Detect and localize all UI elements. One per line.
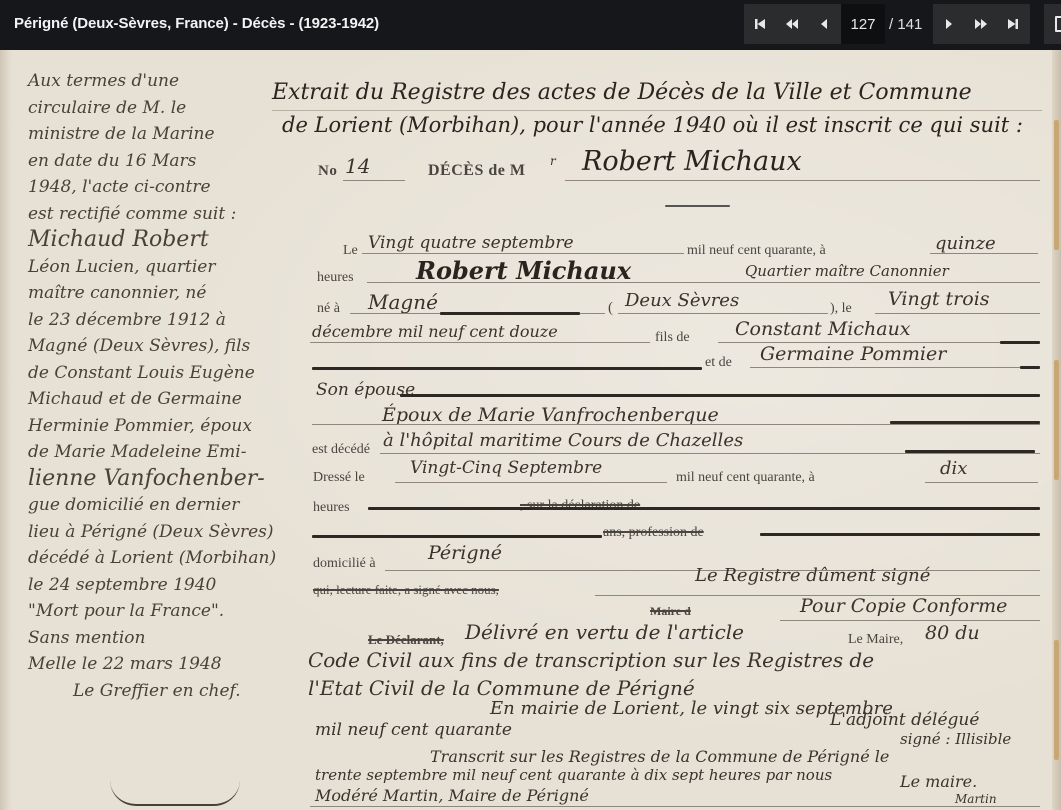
fullscreen-icon <box>1055 16 1061 32</box>
margin-line: circulaire de M. le <box>28 95 313 122</box>
rewind-button[interactable] <box>776 4 808 44</box>
father-value: Constant Michaux <box>735 318 911 340</box>
dresse-label: Dressé le <box>313 470 365 486</box>
lecture-label: qui, lecture faite, a signé avec nous, <box>313 582 499 598</box>
page-indicator: / 141 <box>841 4 933 44</box>
trente-septembre-line: trente septembre mil neuf cent quarante … <box>315 766 832 784</box>
strike-line <box>312 535 602 538</box>
document-image-viewer[interactable]: Aux termes d'une circulaire de M. le min… <box>0 50 1061 810</box>
death-date-value: Vingt quatre septembre <box>368 233 574 253</box>
adjoint-note: L'adjoint délégué <box>830 710 979 730</box>
margin-line: Léon Lucien, quartier <box>28 254 313 281</box>
rule <box>395 482 667 483</box>
death-hour-value: quinze <box>935 233 996 254</box>
strike-line <box>1000 341 1040 344</box>
strike-line <box>312 367 702 370</box>
death-place-value: à l'hôpital maritime Cours de Chazelles <box>383 430 743 451</box>
binding-tab <box>1054 640 1059 760</box>
birth-date-value-2: décembre mil neuf cent douze <box>312 322 558 341</box>
mother-value: Germaine Pommier <box>760 343 946 365</box>
paren-open: ( <box>608 300 613 317</box>
declarant-struck-label: Le Déclarant, <box>368 632 444 648</box>
last-page-button[interactable] <box>997 4 1029 44</box>
rule <box>780 620 1040 621</box>
header-rule <box>272 110 1042 111</box>
rule <box>310 806 1040 807</box>
binding-tab <box>1054 360 1059 480</box>
rule <box>367 282 1040 283</box>
mayor-signature: Martin <box>955 792 997 806</box>
year-label-1: mil neuf cent quarante, à <box>687 243 826 259</box>
copie-conforme-note: Pour Copie Conforme <box>800 595 1007 617</box>
page-right-edge <box>1052 50 1061 810</box>
rule <box>362 253 684 254</box>
birth-date-value-1: Vingt trois <box>888 288 990 310</box>
fast-forward-icon <box>975 18 987 30</box>
nav-back-group <box>744 4 841 44</box>
rule <box>930 253 1038 254</box>
margin-line: Michaud Robert <box>28 227 313 254</box>
registration-hour-value: dix <box>940 458 967 479</box>
page-left-edge <box>0 50 10 810</box>
etat-civil-line: l'Etat Civil de la Commune de Périgné <box>308 676 695 700</box>
strike-line <box>440 312 580 315</box>
signe-illisible-note: signé : Illisible <box>900 730 1011 748</box>
greffier-signature <box>110 780 240 806</box>
strike-line <box>890 421 1040 424</box>
margin-line: de Constant Louis Eugène <box>28 360 313 387</box>
caret-left-icon <box>818 18 830 30</box>
margin-line: de Marie Madeleine Emi- <box>28 439 313 466</box>
margin-line: lienne Vanfochenber- <box>28 466 313 493</box>
spouse-prefix: Son épouse <box>316 380 415 400</box>
fast-forward-button[interactable] <box>965 4 997 44</box>
nav-forward-group <box>933 4 1030 44</box>
rule <box>312 424 1040 425</box>
modere-martin-line: Modéré Martin, Maire de Périgné <box>315 786 589 805</box>
rule <box>875 313 1040 314</box>
maire-struck-label: Maire d <box>650 604 691 619</box>
margin-line: ministre de la Marine <box>28 121 313 148</box>
margin-line: Sans mention <box>28 625 313 652</box>
code-civil-line: Code Civil aux fins de transcription sur… <box>308 648 874 672</box>
rule <box>925 482 1038 483</box>
fils-label: fils de <box>655 330 690 346</box>
le-label: Le <box>343 243 358 259</box>
le-maire-signature-label: Le maire. <box>900 772 977 791</box>
mil-neuf-cent-line: mil neuf cent quarante <box>315 720 512 740</box>
rewind-icon <box>786 18 798 30</box>
strike-line <box>760 533 1040 536</box>
rule <box>618 313 828 314</box>
birthplace-value: Magné <box>368 290 438 314</box>
strike-line <box>400 394 1040 397</box>
margin-line: est rectifié comme suit : <box>28 201 313 228</box>
strike-line <box>368 507 1040 510</box>
document-title: Périgné (Deux-Sèvres, France) - Décès - … <box>14 15 379 32</box>
margin-line: Michaud et de Germaine <box>28 386 313 413</box>
margin-line: le 24 septembre 1940 <box>28 572 313 599</box>
margin-line: en date du 16 Mars <box>28 148 313 175</box>
rule <box>310 342 650 343</box>
skip-to-end-icon <box>1007 18 1019 30</box>
deceased-name: Robert Michaux <box>582 146 802 177</box>
strike-line <box>1020 366 1040 369</box>
heures-label-2: heures <box>313 500 350 516</box>
profession-value: Quartier maître Canonnier <box>745 262 949 280</box>
spouse-value: Époux de Marie Vanfrochenberque <box>382 404 719 426</box>
margin-line: 1948, l'acte ci-contre <box>28 174 313 201</box>
first-page-button[interactable] <box>744 4 776 44</box>
margin-line: Herminie Pommier, époux <box>28 413 313 440</box>
viewer-toolbar: Périgné (Deux-Sèvres, France) - Décès - … <box>0 0 1061 50</box>
rule <box>750 367 1038 368</box>
transcrit-line: Transcrit sur les Registres de la Commun… <box>430 747 889 766</box>
margin-line: Le Greffier en chef. <box>28 678 313 705</box>
declaration-label: , sur la déclaration de <box>520 498 640 514</box>
margin-line: Melle le 22 mars 1948 <box>28 651 313 678</box>
registration-date-value: Vingt-Cinq Septembre <box>410 458 602 478</box>
margin-line: lieu à Périgné (Deux Sèvres) <box>28 519 313 546</box>
domicile-label: domicilié à <box>313 556 376 572</box>
est-decede-label: est décédé <box>312 442 370 458</box>
page-total: / 141 <box>885 16 922 33</box>
separator <box>665 205 730 207</box>
ne-a-label: né à <box>317 301 340 317</box>
margin-line: décédé à Lorient (Morbihan) <box>28 545 313 572</box>
ans-profession-label: ans, profession de <box>603 525 704 541</box>
margin-line: gue domicilié en dernier <box>28 492 313 519</box>
skip-to-start-icon <box>754 18 766 30</box>
le-label-2: ), le <box>830 301 852 317</box>
heures-label: heures <box>317 270 354 286</box>
strike-line <box>905 450 1035 453</box>
year-label-2: mil neuf cent quarante, à <box>676 470 815 486</box>
extract-header-line1: Extrait du Registre des actes de Décès d… <box>272 80 972 105</box>
birth-dept-value: Deux Sèvres <box>625 290 739 311</box>
deces-label: DÉCÈS de M <box>428 162 525 180</box>
next-page-button[interactable] <box>933 4 965 44</box>
no-label: No <box>318 163 337 180</box>
margin-line: Aux termes d'une <box>28 68 313 95</box>
margin-annotation: Aux termes d'une circulaire de M. le min… <box>28 68 313 704</box>
deces-superscript: r <box>550 154 556 168</box>
registre-note: Le Registre dûment signé <box>695 565 930 586</box>
extract-header-line2: de Lorient (Morbihan), pour l'année 1940… <box>282 113 1023 137</box>
rule <box>380 453 1040 454</box>
no-rule <box>343 180 405 181</box>
fullscreen-button[interactable] <box>1044 4 1061 44</box>
le-maire-label: Le Maire, <box>848 632 903 648</box>
caret-right-icon <box>943 18 955 30</box>
previous-page-button[interactable] <box>808 4 840 44</box>
margin-line: Magné (Deux Sèvres), fils <box>28 333 313 360</box>
no-value: 14 <box>345 154 370 178</box>
margin-line: maître canonnier, né <box>28 280 313 307</box>
delivre-line: Délivré en vertu de l'article <box>465 620 744 644</box>
margin-line: "Mort pour la France". <box>28 598 313 625</box>
name-value: Robert Michaux <box>416 256 631 285</box>
article-number: 80 du <box>925 622 980 644</box>
margin-line: le 23 décembre 1912 à <box>28 307 313 334</box>
domicile-value: Périgné <box>428 542 502 564</box>
page-number-input[interactable] <box>841 4 885 44</box>
et-de-label: et de <box>705 355 732 371</box>
deces-rule <box>565 180 1040 181</box>
binding-tab <box>1054 120 1059 250</box>
